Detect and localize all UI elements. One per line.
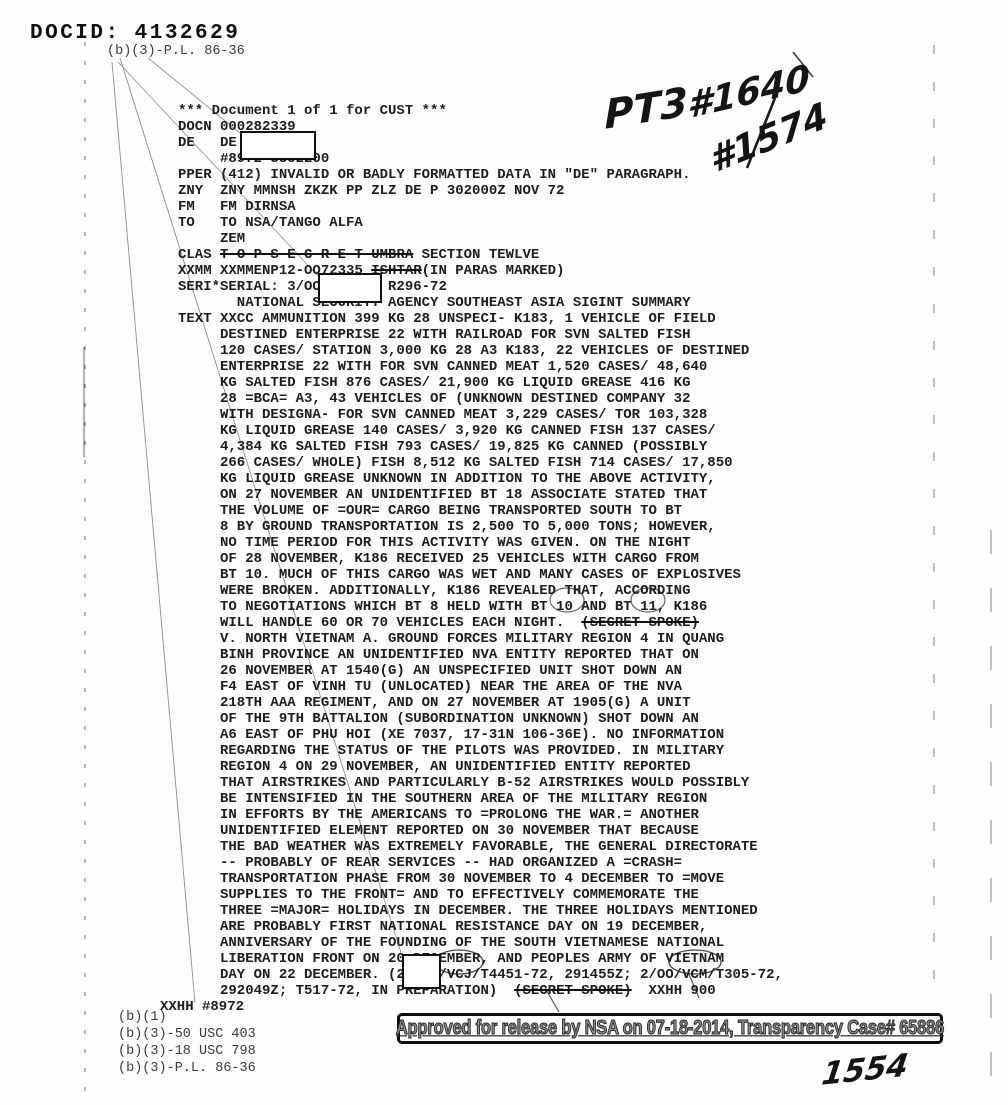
document-text: TO NEGOTIATIONS WHICH BT 8 HELD WITH BT … — [178, 599, 707, 615]
document-line: WILL HANDLE 60 OR 70 VEHICLES EACH NIGHT… — [178, 615, 783, 631]
document-line: 292049Z; T517-72, IN PREPARATION) (SECRE… — [178, 983, 783, 999]
document-line: DAY ON 22 DECEMBER. (2 /VCJ/T4451-72, 29… — [178, 967, 783, 983]
document-text: KG LIQUID GREASE UNKNOWN IN ADDITION TO … — [178, 471, 716, 487]
document-line: TEXT XXCC AMMUNITION 399 KG 28 UNSPECI- … — [178, 311, 783, 327]
exemption-list-footer: (b)(1)(b)(3)-50 USC 403(b)(3)-18 USC 798… — [118, 1009, 256, 1077]
document-text: (IN PARAS MARKED) — [422, 263, 565, 279]
document-line: THAT AIRSTRIKES AND PARTICULARLY B-52 AI… — [178, 775, 783, 791]
document-text: ZNY ZNY MMNSH ZKZK PP ZLZ DE P 302000Z N… — [178, 183, 564, 199]
document-text: -- PROBABLY OF REAR SERVICES -- HAD ORGA… — [178, 855, 682, 871]
document-text: F4 EAST OF VINH TU (UNLOCATED) NEAR THE … — [178, 679, 682, 695]
document-line: A6 EAST OF PHU HOI (XE 7037, 17-31N 106-… — [178, 727, 783, 743]
document-text: 26 NOVEMBER AT 1540(G) AN UNSPECIFIED UN… — [178, 663, 682, 679]
document-text: 28 =BCA= A3, 43 VEHICLES OF (UNKNOWN DES… — [178, 391, 690, 407]
scanned-document-page: DOCID:4132629 (b)(3)-P.L. 86-36 PT3 #164… — [0, 0, 1008, 1105]
document-text: THE VOLUME OF =OUR= CARGO BEING TRANSPOR… — [178, 503, 682, 519]
document-text: 120 CASES/ STATION 3,000 KG 28 A3 K183, … — [178, 343, 749, 359]
struck-text: (SECRET SPOKE) — [514, 983, 632, 999]
document-text: DAY ON 22 DECEMBER. (2 /VCJ/T4451-72, 29… — [178, 967, 783, 983]
document-line: ENTERPRISE 22 WITH FOR SVN CANNED MEAT 1… — [178, 359, 783, 375]
document-text: PPER (412) INVALID OR BADLY FORMATTED DA… — [178, 167, 690, 183]
document-text: KG LIQUID GREASE 140 CASES/ 3,920 KG CAN… — [178, 423, 716, 439]
document-text: ARE PROBABLY FIRST NATIONAL RESISTANCE D… — [178, 919, 707, 935]
document-text: SERI*SERIAL: 3/OO R296-72 — [178, 279, 447, 295]
document-line: TO NEGOTIATIONS WHICH BT 8 HELD WITH BT … — [178, 599, 783, 615]
document-line: OF THE 9TH BATTALION (SUBORDINATION UNKN… — [178, 711, 783, 727]
document-text: IN EFFORTS BY THE AMERICANS TO =PROLONG … — [178, 807, 699, 823]
docid-label: DOCID: — [30, 22, 121, 45]
document-line: 120 CASES/ STATION 3,000 KG 28 A3 K183, … — [178, 343, 783, 359]
exemption-item: (b)(1) — [118, 1009, 256, 1026]
document-line: NO TIME PERIOD FOR THIS ACTIVITY WAS GIV… — [178, 535, 783, 551]
document-text: 292049Z; T517-72, IN PREPARATION) — [178, 983, 514, 999]
document-line: THREE =MAJOR= HOLIDAYS IN DECEMBER. THE … — [178, 903, 783, 919]
document-line: -- PROBABLY OF REAR SERVICES -- HAD ORGA… — [178, 855, 783, 871]
document-text: ZEM — [178, 231, 245, 247]
document-text: WILL HANDLE 60 OR 70 VEHICLES EACH NIGHT… — [178, 615, 581, 631]
document-text: 218TH AAA REGIMENT, AND ON 27 NOVEMBER A… — [178, 695, 690, 711]
document-text: 4,384 KG SALTED FISH 793 CASES/ 19,825 K… — [178, 439, 707, 455]
document-text: FM FM DIRNSA — [178, 199, 296, 215]
exemption-item: (b)(3)-50 USC 403 — [118, 1026, 256, 1043]
document-text: LIBERATION FRONT ON 20 DECEMBER, AND PEO… — [178, 951, 724, 967]
document-line: SUPPLIES TO THE FRONT= AND TO EFFECTIVEL… — [178, 887, 783, 903]
document-line: KG LIQUID GREASE UNKNOWN IN ADDITION TO … — [178, 471, 783, 487]
struck-text: T O P S E C R E T UMBRA — [220, 247, 413, 263]
document-line: 266 CASES/ WHOLE) FISH 8,512 KG SALTED F… — [178, 455, 783, 471]
release-approval-stamp-text: Approved for release by NSA on 07-18-201… — [396, 1017, 944, 1040]
document-line: F4 EAST OF VINH TU (UNLOCATED) NEAR THE … — [178, 679, 783, 695]
document-text: ENTERPRISE 22 WITH FOR SVN CANNED MEAT 1… — [178, 359, 707, 375]
exemption-annotation-top: (b)(3)-P.L. 86-36 — [107, 44, 245, 59]
document-text: NO TIME PERIOD FOR THIS ACTIVITY WAS GIV… — [178, 535, 690, 551]
document-text: 266 CASES/ WHOLE) FISH 8,512 KG SALTED F… — [178, 455, 733, 471]
document-line: KG LIQUID GREASE 140 CASES/ 3,920 KG CAN… — [178, 423, 783, 439]
document-line: 218TH AAA REGIMENT, AND ON 27 NOVEMBER A… — [178, 695, 783, 711]
document-line: FM FM DIRNSA — [178, 199, 783, 215]
document-line: ZNY ZNY MMNSH ZKZK PP ZLZ DE P 302000Z N… — [178, 183, 783, 199]
document-line: TO TO NSA/TANGO ALFA — [178, 215, 783, 231]
document-line: CLAS T O P S E C R E T UMBRA SECTION TEW… — [178, 247, 783, 263]
document-line: UNIDENTIFIED ELEMENT REPORTED ON 30 NOVE… — [178, 823, 783, 839]
document-line: LIBERATION FRONT ON 20 DECEMBER, AND PEO… — [178, 951, 783, 967]
document-line: XXMM XXMMENP12-OO72335 ISHTAR(IN PARAS M… — [178, 263, 783, 279]
document-text: REGION 4 ON 29 NOVEMBER, AN UNIDENTIFIED… — [178, 759, 690, 775]
release-approval-stamp: Approved for release by NSA on 07-18-201… — [397, 1013, 943, 1044]
document-text: BT 10. MUCH OF THIS CARGO WAS WET AND MA… — [178, 567, 741, 583]
document-text: SECTION TEWLVE — [413, 247, 539, 263]
docid-number: 4132629 — [135, 22, 241, 45]
document-line: DESTINED ENTERPRISE 22 WITH RAILROAD FOR… — [178, 327, 783, 343]
document-text: DOCN 000 — [178, 119, 245, 135]
struck-text: (SECRET SPOKE) — [581, 615, 699, 631]
document-text: THREE =MAJOR= HOLIDAYS IN DECEMBER. THE … — [178, 903, 758, 919]
exemption-item: (b)(3)-P.L. 86-36 — [118, 1060, 256, 1077]
document-line: *** Document 1 of 1 for CUST *** — [178, 103, 783, 119]
document-line: 28 =BCA= A3, 43 VEHICLES OF (UNKNOWN DES… — [178, 391, 783, 407]
docid-header: DOCID:4132629 — [30, 22, 240, 45]
document-line: SERI*SERIAL: 3/OO R296-72 — [178, 279, 783, 295]
document-line: V. NORTH VIETNAM A. GROUND FORCES MILITA… — [178, 631, 783, 647]
document-line: IN EFFORTS BY THE AMERICANS TO =PROLONG … — [178, 807, 783, 823]
document-text: V. NORTH VIETNAM A. GROUND FORCES MILITA… — [178, 631, 724, 647]
document-line: BT 10. MUCH OF THIS CARGO WAS WET AND MA… — [178, 567, 783, 583]
document-line: WERE BROKEN. ADDITIONALLY, K186 REVEALED… — [178, 583, 783, 599]
document-text: THAT AIRSTRIKES AND PARTICULARLY B-52 AI… — [178, 775, 749, 791]
handwritten-page-number: 1554 — [820, 1047, 911, 1093]
document-line: ANNIVERSARY OF THE FOUNDING OF THE SOUTH… — [178, 935, 783, 951]
document-text: A6 EAST OF PHU HOI (XE 7037, 17-31N 106-… — [178, 727, 724, 743]
document-line: 8 BY GROUND TRANSPORTATION IS 2,500 TO 5… — [178, 519, 783, 535]
document-text: XXHH 900 — [632, 983, 716, 999]
document-line: REGARDING THE STATUS OF THE PILOTS WAS P… — [178, 743, 783, 759]
document-text: CLAS — [178, 247, 220, 263]
redaction-box — [318, 273, 382, 303]
document-line: ZEM — [178, 231, 783, 247]
document-text: DESTINED ENTERPRISE 22 WITH RAILROAD FOR… — [178, 327, 690, 343]
document-text: *** Document 1 of 1 for CUST *** — [178, 103, 447, 119]
document-line: BINH PROVINCE AN UNIDENTIFIED NVA ENTITY… — [178, 647, 783, 663]
document-text: REGARDING THE STATUS OF THE PILOTS WAS P… — [178, 743, 724, 759]
document-line: OF 28 NOVEMBER, K186 RECEIVED 25 VEHICLE… — [178, 551, 783, 567]
document-text: WITH DESIGNA- FOR SVN CANNED MEAT 3,229 … — [178, 407, 707, 423]
document-line: WITH DESIGNA- FOR SVN CANNED MEAT 3,229 … — [178, 407, 783, 423]
redaction-box — [240, 131, 316, 160]
document-line: 4,384 KG SALTED FISH 793 CASES/ 19,825 K… — [178, 439, 783, 455]
document-text: TO TO NSA/TANGO ALFA — [178, 215, 363, 231]
document-text: NATIONAL SECURITY AGENCY SOUTHEAST ASIA … — [178, 295, 690, 311]
document-text: 8 BY GROUND TRANSPORTATION IS 2,500 TO 5… — [178, 519, 716, 535]
document-line: TRANSPORTATION PHASE FROM 30 NOVEMBER TO… — [178, 871, 783, 887]
document-line: NATIONAL SECURITY AGENCY SOUTHEAST ASIA … — [178, 295, 783, 311]
document-line: ARE PROBABLY FIRST NATIONAL RESISTANCE D… — [178, 919, 783, 935]
document-line: 26 NOVEMBER AT 1540(G) AN UNSPECIFIED UN… — [178, 663, 783, 679]
document-line: BE INTENSIFIED IN THE SOUTHERN AREA OF T… — [178, 791, 783, 807]
document-text: THE BAD WEATHER WAS EXTREMELY FAVORABLE,… — [178, 839, 758, 855]
document-line: THE VOLUME OF =OUR= CARGO BEING TRANSPOR… — [178, 503, 783, 519]
document-text: ANNIVERSARY OF THE FOUNDING OF THE SOUTH… — [178, 935, 724, 951]
exemption-item: (b)(3)-18 USC 798 — [118, 1043, 256, 1060]
document-text: ON 27 NOVEMBER AN UNIDENTIFIED BT 18 ASS… — [178, 487, 707, 503]
document-line: REGION 4 ON 29 NOVEMBER, AN UNIDENTIFIED… — [178, 759, 783, 775]
document-text: SUPPLIES TO THE FRONT= AND TO EFFECTIVEL… — [178, 887, 699, 903]
document-text: BINH PROVINCE AN UNIDENTIFIED NVA ENTITY… — [178, 647, 699, 663]
document-text: UNIDENTIFIED ELEMENT REPORTED ON 30 NOVE… — [178, 823, 699, 839]
redaction-box — [402, 954, 441, 989]
document-text: TRANSPORTATION PHASE FROM 30 NOVEMBER TO… — [178, 871, 724, 887]
document-line: ON 27 NOVEMBER AN UNIDENTIFIED BT 18 ASS… — [178, 487, 783, 503]
document-text: OF 28 NOVEMBER, K186 RECEIVED 25 VEHICLE… — [178, 551, 699, 567]
document-text: WERE BROKEN. ADDITIONALLY, K186 REVEALED… — [178, 583, 690, 599]
document-text: BE INTENSIFIED IN THE SOUTHERN AREA OF T… — [178, 791, 707, 807]
document-line: THE BAD WEATHER WAS EXTREMELY FAVORABLE,… — [178, 839, 783, 855]
document-body: *** Document 1 of 1 for CUST ***DOCN 000… — [178, 103, 783, 999]
document-text: TEXT XXCC AMMUNITION 399 KG 28 UNSPECI- … — [178, 311, 716, 327]
document-text: KG SALTED FISH 876 CASES/ 21,900 KG LIQU… — [178, 375, 690, 391]
document-text: DE DE — [178, 135, 237, 151]
document-line: KG SALTED FISH 876 CASES/ 21,900 KG LIQU… — [178, 375, 783, 391]
document-text: OF THE 9TH BATTALION (SUBORDINATION UNKN… — [178, 711, 699, 727]
document-line: PPER (412) INVALID OR BADLY FORMATTED DA… — [178, 167, 783, 183]
